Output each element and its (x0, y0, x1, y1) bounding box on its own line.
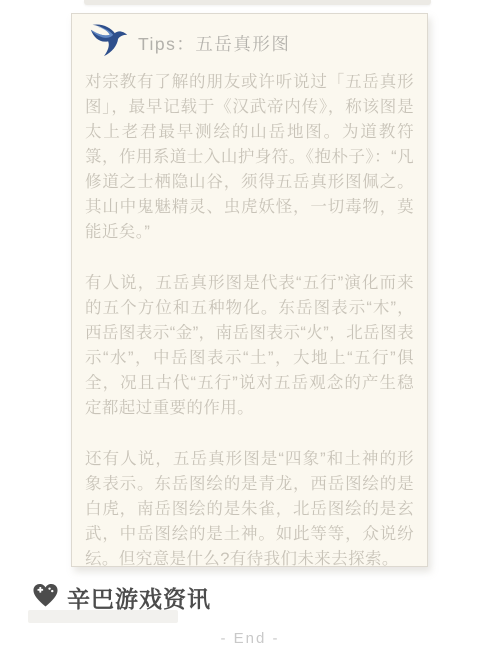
swallow-icon (87, 24, 131, 62)
paragraph-3: 还有人说，五岳真形图是“四象”和土神的形象表示。东岳图绘的是青龙，西岳图绘的是白… (85, 447, 414, 572)
footer-logo-text: 辛巴游戏资讯 (67, 581, 211, 614)
card-title: Tips：五岳真形图 (138, 31, 290, 56)
card-header: Tips：五岳真形图 (87, 26, 414, 60)
paragraph-2: 有人说，五岳真形图是代表“五行”演化而来的五个方位和五种物化。东岳图表示“木”，… (85, 271, 414, 421)
gamepad-heart-icon (32, 583, 59, 613)
footer-logo: 辛巴游戏资讯 (32, 581, 211, 614)
article-card: Tips：五岳真形图 对宗教有了解的朋友或许听说过「五岳真形图」，最早记载于《汉… (71, 13, 428, 567)
article-body: 对宗教有了解的朋友或许听说过「五岳真形图」，最早记载于《汉武帝内传》，称该图是太… (85, 70, 414, 572)
paragraph-1: 对宗教有了解的朋友或许听说过「五岳真形图」，最早记载于《汉武帝内传》，称该图是太… (85, 70, 414, 245)
previous-card-edge (84, 0, 431, 5)
end-label: - End - (0, 630, 500, 647)
page: Tips：五岳真形图 对宗教有了解的朋友或许听说过「五岳真形图」，最早记载于《汉… (0, 0, 500, 659)
